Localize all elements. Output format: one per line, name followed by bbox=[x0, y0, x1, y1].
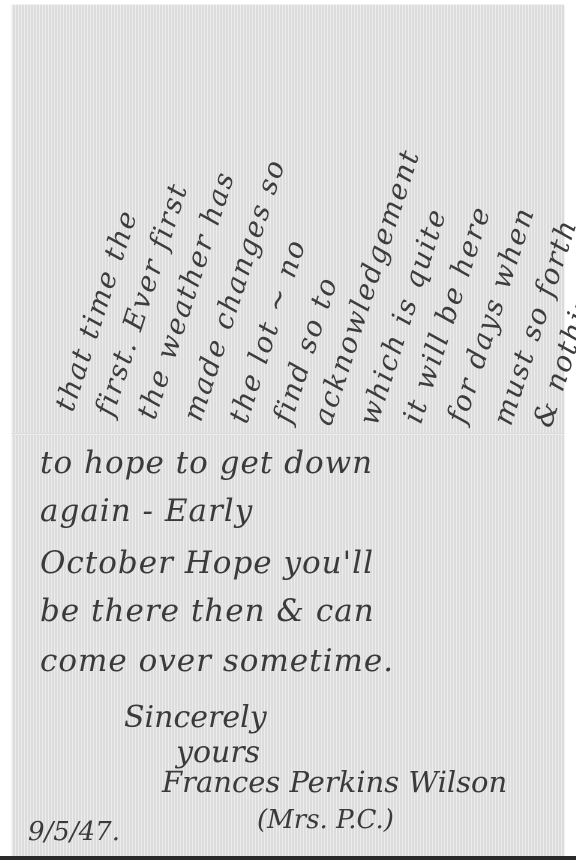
upper-panel-rotated-text: that time the first. Ever first the weat… bbox=[40, 25, 560, 425]
handwritten-line: October Hope you'll bbox=[40, 545, 374, 581]
handwritten-line: again - Early bbox=[40, 493, 253, 529]
handwritten-line: to hope to get down bbox=[40, 445, 373, 481]
closing-text: Sincerely bbox=[124, 700, 267, 735]
signature: Frances Perkins Wilson bbox=[162, 765, 507, 799]
handwritten-line: come over sometime. bbox=[40, 643, 394, 679]
signature-note: (Mrs. P.C.) bbox=[257, 805, 394, 835]
letter-sheet: that time the first. Ever first the weat… bbox=[12, 5, 564, 856]
handwritten-line: be there then & can bbox=[40, 593, 375, 629]
paper-fold-crease bbox=[12, 433, 564, 436]
scan-bottom-edge bbox=[0, 856, 576, 860]
letter-date: 9/5/47. bbox=[28, 817, 120, 847]
